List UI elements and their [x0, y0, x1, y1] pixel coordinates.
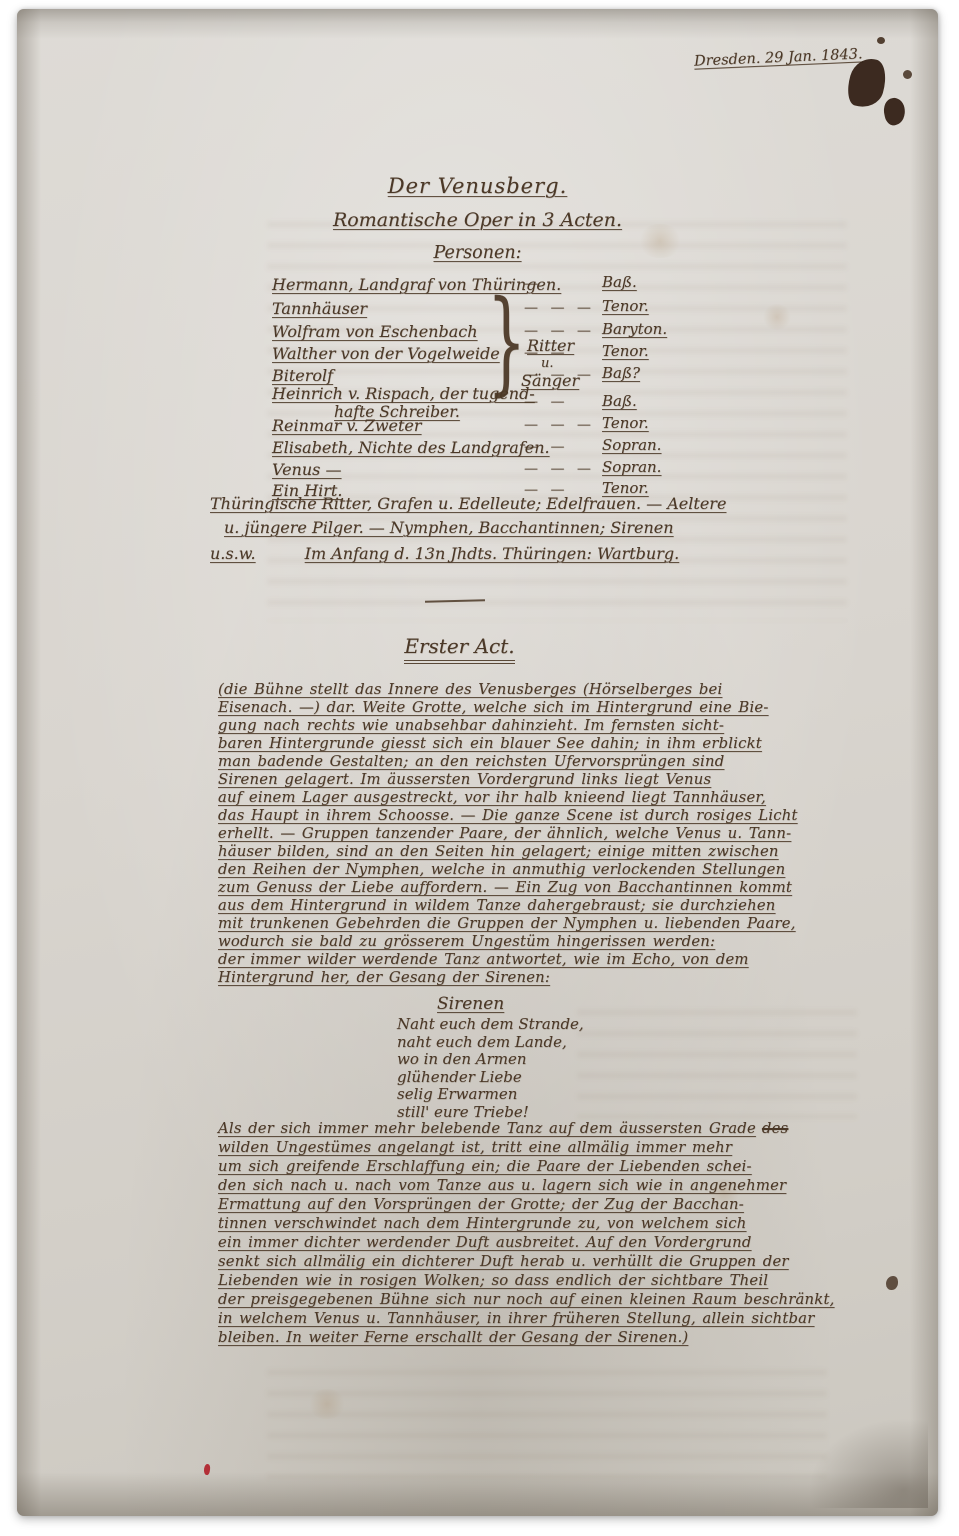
- stage-direction-line: Sirenen gelagert. Im äussersten Vordergr…: [218, 771, 866, 789]
- character-name: Tannhäuser: [272, 299, 367, 318]
- stage-direction-line: senkt sich allmälig ein dichterer Duft h…: [218, 1252, 866, 1271]
- stage-direction-line: (die Bühne stellt das Innere des Venusbe…: [218, 681, 866, 699]
- cast-row: Wolfram von Eschenbach— — —Baryton.: [272, 322, 478, 341]
- etc-abbrev: u.s.w.: [210, 544, 256, 563]
- ink-dot: [877, 37, 885, 44]
- page-edge-top: [17, 9, 938, 39]
- brace-label: Sänger: [521, 371, 579, 390]
- voice-type: Baß?: [602, 364, 640, 382]
- character-name: Venus —: [272, 460, 341, 479]
- verse-line: glühender Liebe: [397, 1069, 584, 1087]
- stage-direction-line: Ermattung auf den Vorsprüngen der Grotte…: [218, 1195, 866, 1214]
- page-corner-shadow: [808, 1418, 928, 1508]
- dash-leader: — —: [524, 394, 568, 410]
- stage-direction-paragraph-1: (die Bühne stellt das Innere des Venusbe…: [218, 681, 866, 987]
- stage-direction-line: auf einem Lager ausgestreckt, vor ihr ha…: [218, 789, 866, 807]
- stage-direction-line: aus dem Hintergrund in wildem Tanze dahe…: [218, 897, 866, 915]
- stage-direction-line: der preisgegebenen Bühne sich nur noch a…: [218, 1290, 866, 1309]
- stage-direction-line: Als der sich immer mehr belebende Tanz a…: [218, 1119, 866, 1138]
- page-edge-right: [910, 9, 938, 1516]
- stage-direction-line: gung nach rechts wie unabsehbar dahinzie…: [218, 717, 866, 735]
- dash-leader: —: [524, 276, 542, 292]
- act-heading: Erster Act.: [0, 634, 920, 658]
- stage-direction-line: man badende Gestalten; an den reichsten …: [218, 753, 866, 771]
- struck-word: des: [762, 1120, 788, 1137]
- voice-type: Sopran.: [602, 458, 661, 476]
- sirens-heading: Sirenen: [437, 994, 504, 1014]
- voice-type: Sopran.: [602, 436, 661, 454]
- voice-type: Baß.: [602, 392, 637, 410]
- character-name: Walther von der Vogelweide: [272, 344, 500, 363]
- brace-label: Ritter: [527, 336, 574, 355]
- page-edge-bottom: [17, 1472, 938, 1516]
- stage-direction-line: der immer wilder werdende Tanz antwortet…: [218, 951, 866, 969]
- stage-direction-line: bleiben. In weiter Ferne erschallt der G…: [218, 1328, 866, 1347]
- cast-row: Tannhäuser— — —Tenor.: [272, 299, 367, 318]
- verse-line: selig Erwarmen: [397, 1086, 584, 1104]
- voice-type: Tenor.: [602, 297, 649, 315]
- ensemble-line: u. jüngere Pilger. — Nymphen, Bacchantin…: [224, 518, 674, 537]
- stage-direction-line: das Haupt in ihrem Schoosse. — Die ganze…: [218, 807, 866, 825]
- verse-line: wo in den Armen: [397, 1051, 584, 1069]
- voice-type: Baryton.: [602, 320, 667, 338]
- stage-direction-line: baren Hintergrunde giesst sich ein blaue…: [218, 735, 866, 753]
- sirens-verse: Naht euch dem Strande, naht euch dem Lan…: [397, 1016, 584, 1121]
- stage-direction-line: tinnen verschwindet nach dem Hintergrund…: [218, 1214, 866, 1233]
- voice-type: Tenor.: [602, 414, 649, 432]
- dash-leader: — — —: [524, 461, 595, 477]
- character-name: Wolfram von Eschenbach: [272, 322, 478, 341]
- stage-direction-line: in welchem Venus u. Tannhäuser, in ihrer…: [218, 1309, 866, 1328]
- stage-direction-line: häuser bilden, sind an den Seiten hin ge…: [218, 843, 866, 861]
- cast-row: Biterolf— — —Baß?: [272, 366, 333, 385]
- stage-direction-line: zum Genuss der Liebe auffordern. — Ein Z…: [218, 879, 866, 897]
- setting-text: Im Anfang d. 13n Jhdts. Thüringen: Wartb…: [305, 544, 680, 563]
- cast-heading: Personen:: [17, 243, 938, 263]
- foxing-spot: [762, 304, 792, 330]
- ensemble-line: Thüringische Ritter, Grafen u. Edelleute…: [210, 494, 726, 513]
- stage-direction-line: wodurch sie bald zu grösserem Ungestüm h…: [218, 933, 866, 951]
- dash-leader: — — —: [524, 417, 595, 433]
- stage-direction-line: den sich nach u. nach vom Tanze aus u. l…: [218, 1176, 866, 1195]
- character-name: Biterolf: [272, 366, 333, 385]
- cast-row: Reinmar v. Zweter— — —Tenor.: [272, 416, 422, 435]
- stage-direction-line: erhellt. — Gruppen tanzender Paare, der …: [218, 825, 866, 843]
- setting-line: u.s.w. Im Anfang d. 13n Jhdts. Thüringen…: [210, 544, 679, 563]
- page-edge-left: [17, 9, 41, 1516]
- foxing-spot: [307, 1389, 347, 1419]
- page-subtitle: Romantische Oper in 3 Acten.: [17, 209, 938, 231]
- dash-leader: — — —: [524, 300, 595, 316]
- character-name: Elisabeth, Nichte des Landgrafen.: [272, 438, 550, 457]
- cast-row: Elisabeth, Nichte des Landgrafen.— —Sopr…: [272, 438, 550, 457]
- character-name: Reinmar v. Zweter: [272, 416, 422, 435]
- stage-direction-line: mit trunkenen Gebehrden die Gruppen der …: [218, 915, 866, 933]
- ink-bleed-through: [577, 1009, 857, 1119]
- voice-type: Tenor.: [602, 342, 649, 360]
- cast-row: Walther von der Vogelweide— —Tenor.: [272, 344, 500, 363]
- stage-direction-paragraph-2: Als der sich immer mehr belebende Tanz a…: [218, 1119, 866, 1347]
- screenshot-canvas: Dresden. 29 Jan. 1843. Der Venusberg. Ro…: [0, 0, 959, 1536]
- ink-dot: [903, 70, 912, 79]
- stage-direction-line: Eisenach. —) dar. Weite Grotte, welche s…: [218, 699, 866, 717]
- verse-line: naht euch dem Lande,: [397, 1034, 584, 1052]
- stage-direction-line: den Reihen der Nymphen, welche in anmuth…: [218, 861, 866, 879]
- stage-direction-line: um sich greifende Erschlaffung ein; die …: [218, 1157, 866, 1176]
- cast-row: Venus —— — —Sopran.: [272, 460, 341, 479]
- stage-direction-line: wilden Ungestümes angelangt ist, tritt e…: [218, 1138, 866, 1157]
- stage-direction-line: Hintergrund her, der Gesang der Sirenen:: [218, 969, 866, 987]
- voice-type: Baß.: [602, 273, 637, 291]
- stage-direction-line: Liebenden wie in rosigen Wolken; so dass…: [218, 1271, 866, 1290]
- ink-bleed-through: [267, 1369, 827, 1479]
- verse-line: Naht euch dem Strande,: [397, 1016, 584, 1034]
- brace-label: u.: [541, 356, 554, 371]
- page-title: Der Venusberg.: [17, 174, 938, 198]
- dash-leader: — —: [524, 439, 568, 455]
- stage-direction-line: ein immer dichter werdender Duft ausbrei…: [218, 1233, 866, 1252]
